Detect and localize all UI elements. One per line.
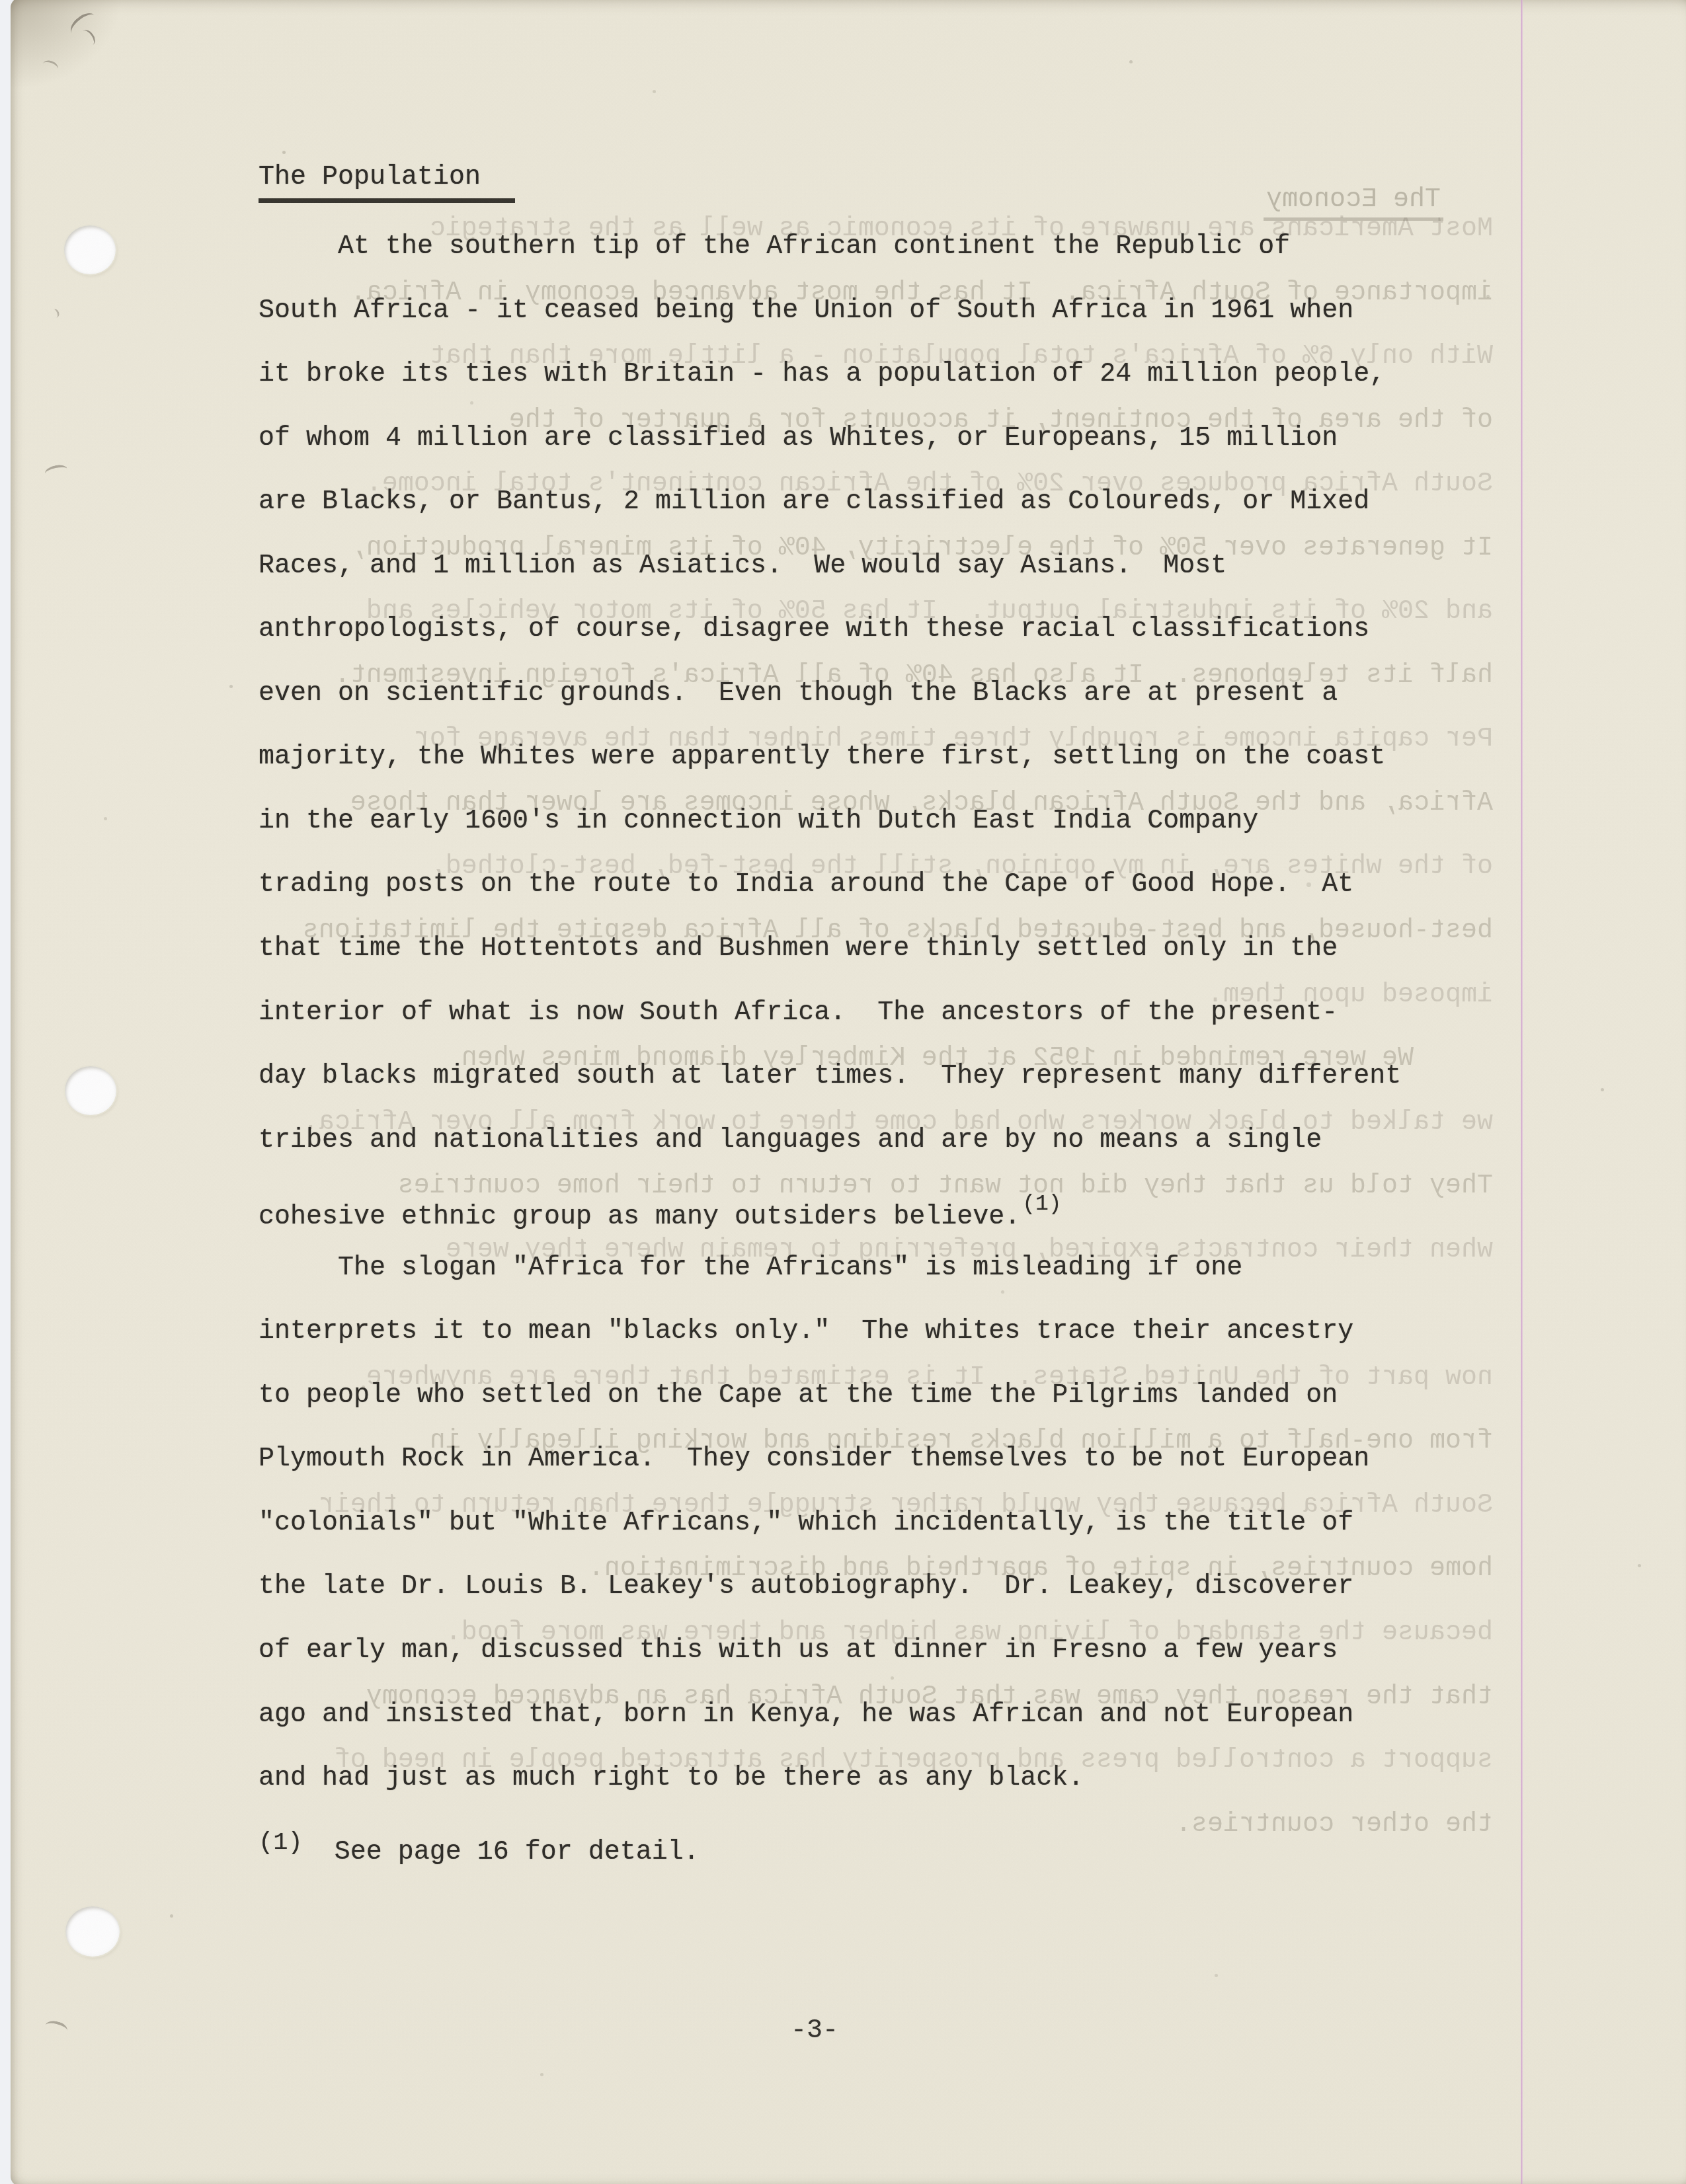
footnote: (1) See page 16 for detail. — [259, 1811, 1449, 1875]
scan-artifact-line — [1521, 0, 1523, 2184]
body-line: even on scientific grounds. Even though … — [259, 662, 1449, 726]
body-line: of early man, discussed this with us at … — [259, 1619, 1449, 1684]
pencil-smudge — [44, 463, 69, 480]
scanner-background: The Economy Most Americans are unaware o… — [0, 0, 1686, 2184]
body-line: of whom 4 million are classified as Whit… — [259, 407, 1449, 471]
footnote-text: See page 16 for detail. — [303, 1838, 700, 1867]
body-line: interprets it to mean "blacks only." The… — [259, 1300, 1449, 1364]
page-heading: The Population — [259, 163, 515, 203]
punch-hole — [64, 225, 116, 274]
punch-hole — [65, 1906, 120, 1957]
body-line: The slogan "Africa for the Africans" is … — [259, 1237, 1449, 1301]
body-line: to people who settled on the Cape at the… — [259, 1364, 1449, 1428]
body-line: ago and insisted that, born in Kenya, he… — [259, 1684, 1449, 1748]
body-text: At the southern tip of the African conti… — [259, 215, 1449, 1875]
body-line: "colonials" but "White Africans," which … — [259, 1492, 1449, 1556]
footnote-marker: (1) — [259, 1829, 303, 1857]
body-line: anthropologists, of course, disagree wit… — [259, 598, 1449, 662]
body-line: trading posts on the route to India arou… — [259, 853, 1449, 917]
body-line: are Blacks, or Bantus, 2 million are cla… — [259, 471, 1449, 535]
body-line: tribes and nationalities and languages a… — [259, 1109, 1449, 1173]
body-line: At the southern tip of the African conti… — [259, 215, 1449, 280]
body-line: it broke its ties with Britain - has a p… — [259, 343, 1449, 407]
body-line: interior of what is now South Africa. Th… — [259, 982, 1449, 1046]
pencil-smudge — [49, 308, 60, 320]
punch-hole — [65, 1066, 116, 1115]
document-page: The Economy Most Americans are unaware o… — [11, 0, 1686, 2184]
corner-shadow — [11, 0, 182, 149]
body-line: cohesive ethnic group as many outsiders … — [259, 1202, 1020, 1232]
body-line: the late Dr. Louis B. Leakey's autobiogr… — [259, 1555, 1449, 1619]
body-line: in the early 1600's in connection with D… — [259, 790, 1449, 854]
body-line-with-footnote-ref: cohesive ethnic group as many outsiders … — [259, 1173, 1449, 1237]
body-line: Plymouth Rock in America. They consider … — [259, 1428, 1449, 1492]
pencil-smudge — [41, 58, 60, 74]
body-line: majority, the Whites were apparently the… — [259, 726, 1449, 790]
body-line: Races, and 1 million as Asiatics. We wou… — [259, 535, 1449, 599]
page-number: -3- — [791, 2016, 838, 2047]
body-line: and had just as much right to be there a… — [259, 1747, 1449, 1811]
body-line: day blacks migrated south at later times… — [259, 1045, 1449, 1109]
footnote-reference: (1) — [1022, 1192, 1061, 1216]
pencil-smudge — [44, 2019, 69, 2037]
body-line: that time the Hottentots and Bushmen wer… — [259, 917, 1449, 982]
body-line: South Africa - it ceased being the Union… — [259, 280, 1449, 344]
